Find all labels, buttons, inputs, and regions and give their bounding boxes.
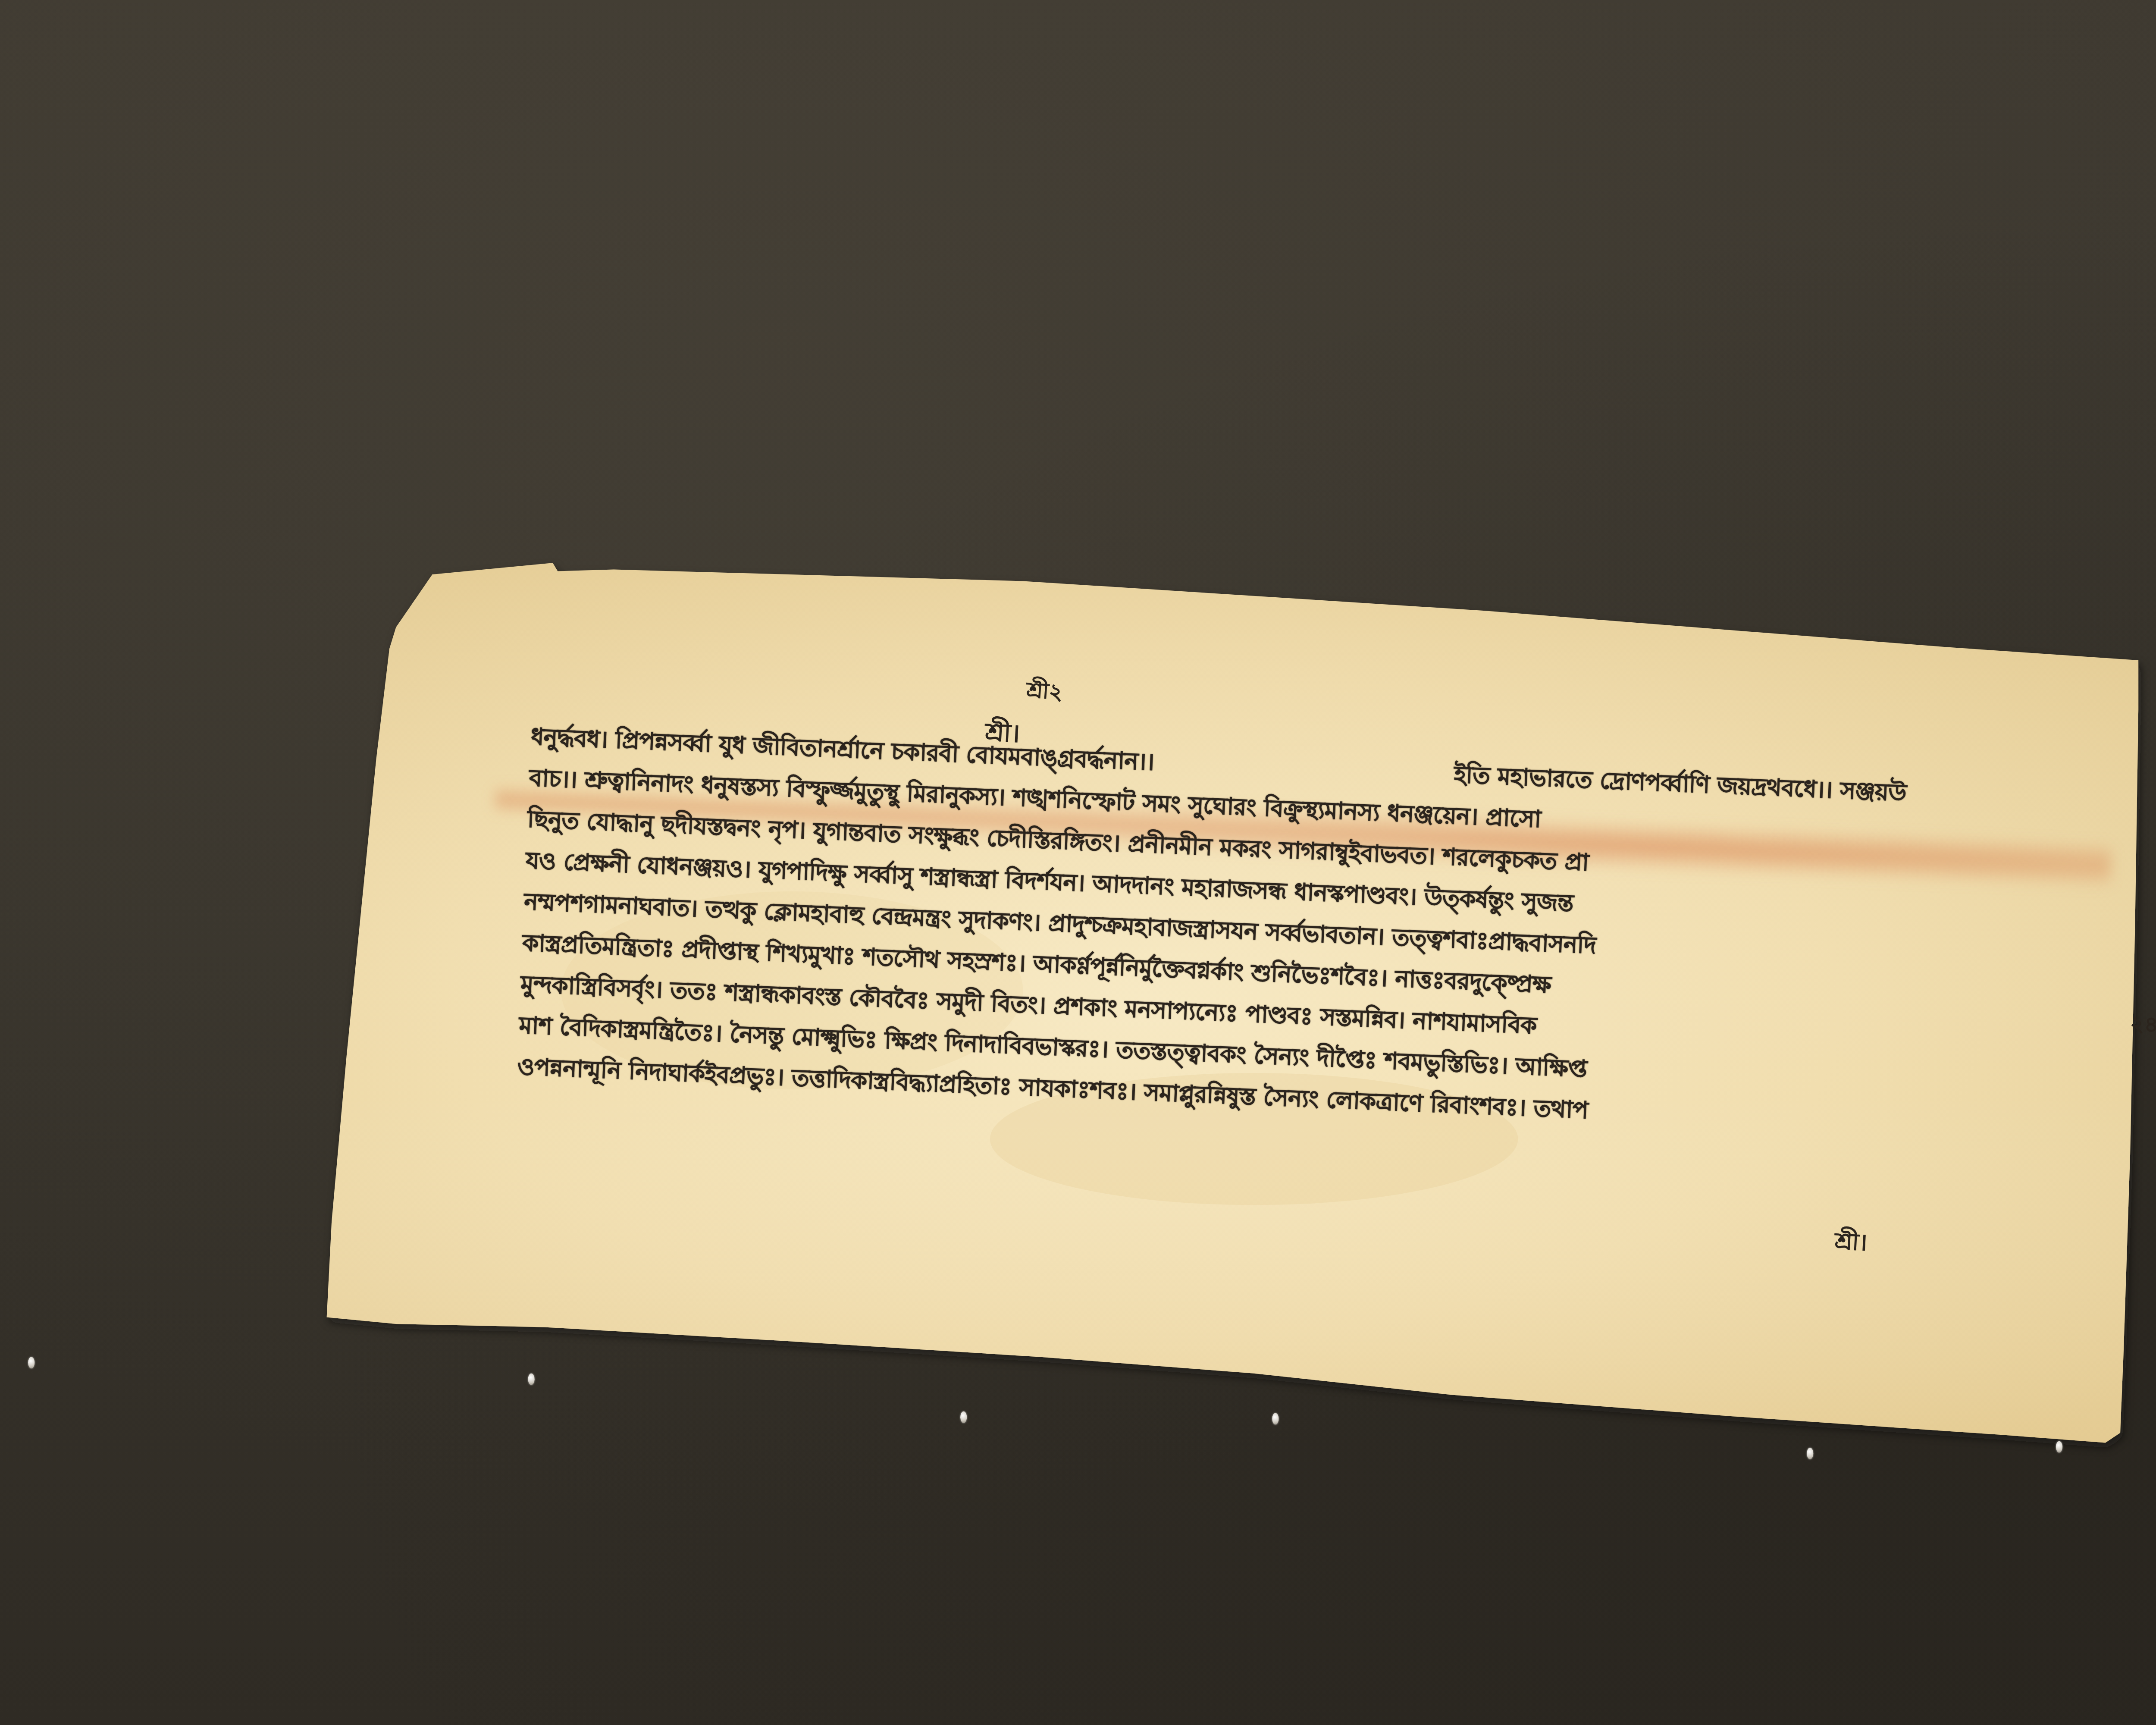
bottom-shri-mark: শ্রী। bbox=[1834, 1223, 1868, 1264]
mounting-pin bbox=[1272, 1413, 1279, 1425]
mounting-pin bbox=[2056, 1441, 2062, 1453]
folio-number: ২৪৯ bbox=[2129, 1009, 2156, 1046]
mounting-pin bbox=[960, 1411, 967, 1423]
mounting-pin bbox=[28, 1357, 34, 1368]
top-marginal-mark: শ্রী২ bbox=[1025, 676, 1064, 713]
photo-stage: শ্রী২ শ্রী। ধনুর্দ্ধবধ। প্রিপন্নসর্ব্বা … bbox=[0, 0, 2156, 1725]
mounting-pin bbox=[1807, 1448, 1813, 1459]
mounting-pin bbox=[528, 1374, 534, 1385]
